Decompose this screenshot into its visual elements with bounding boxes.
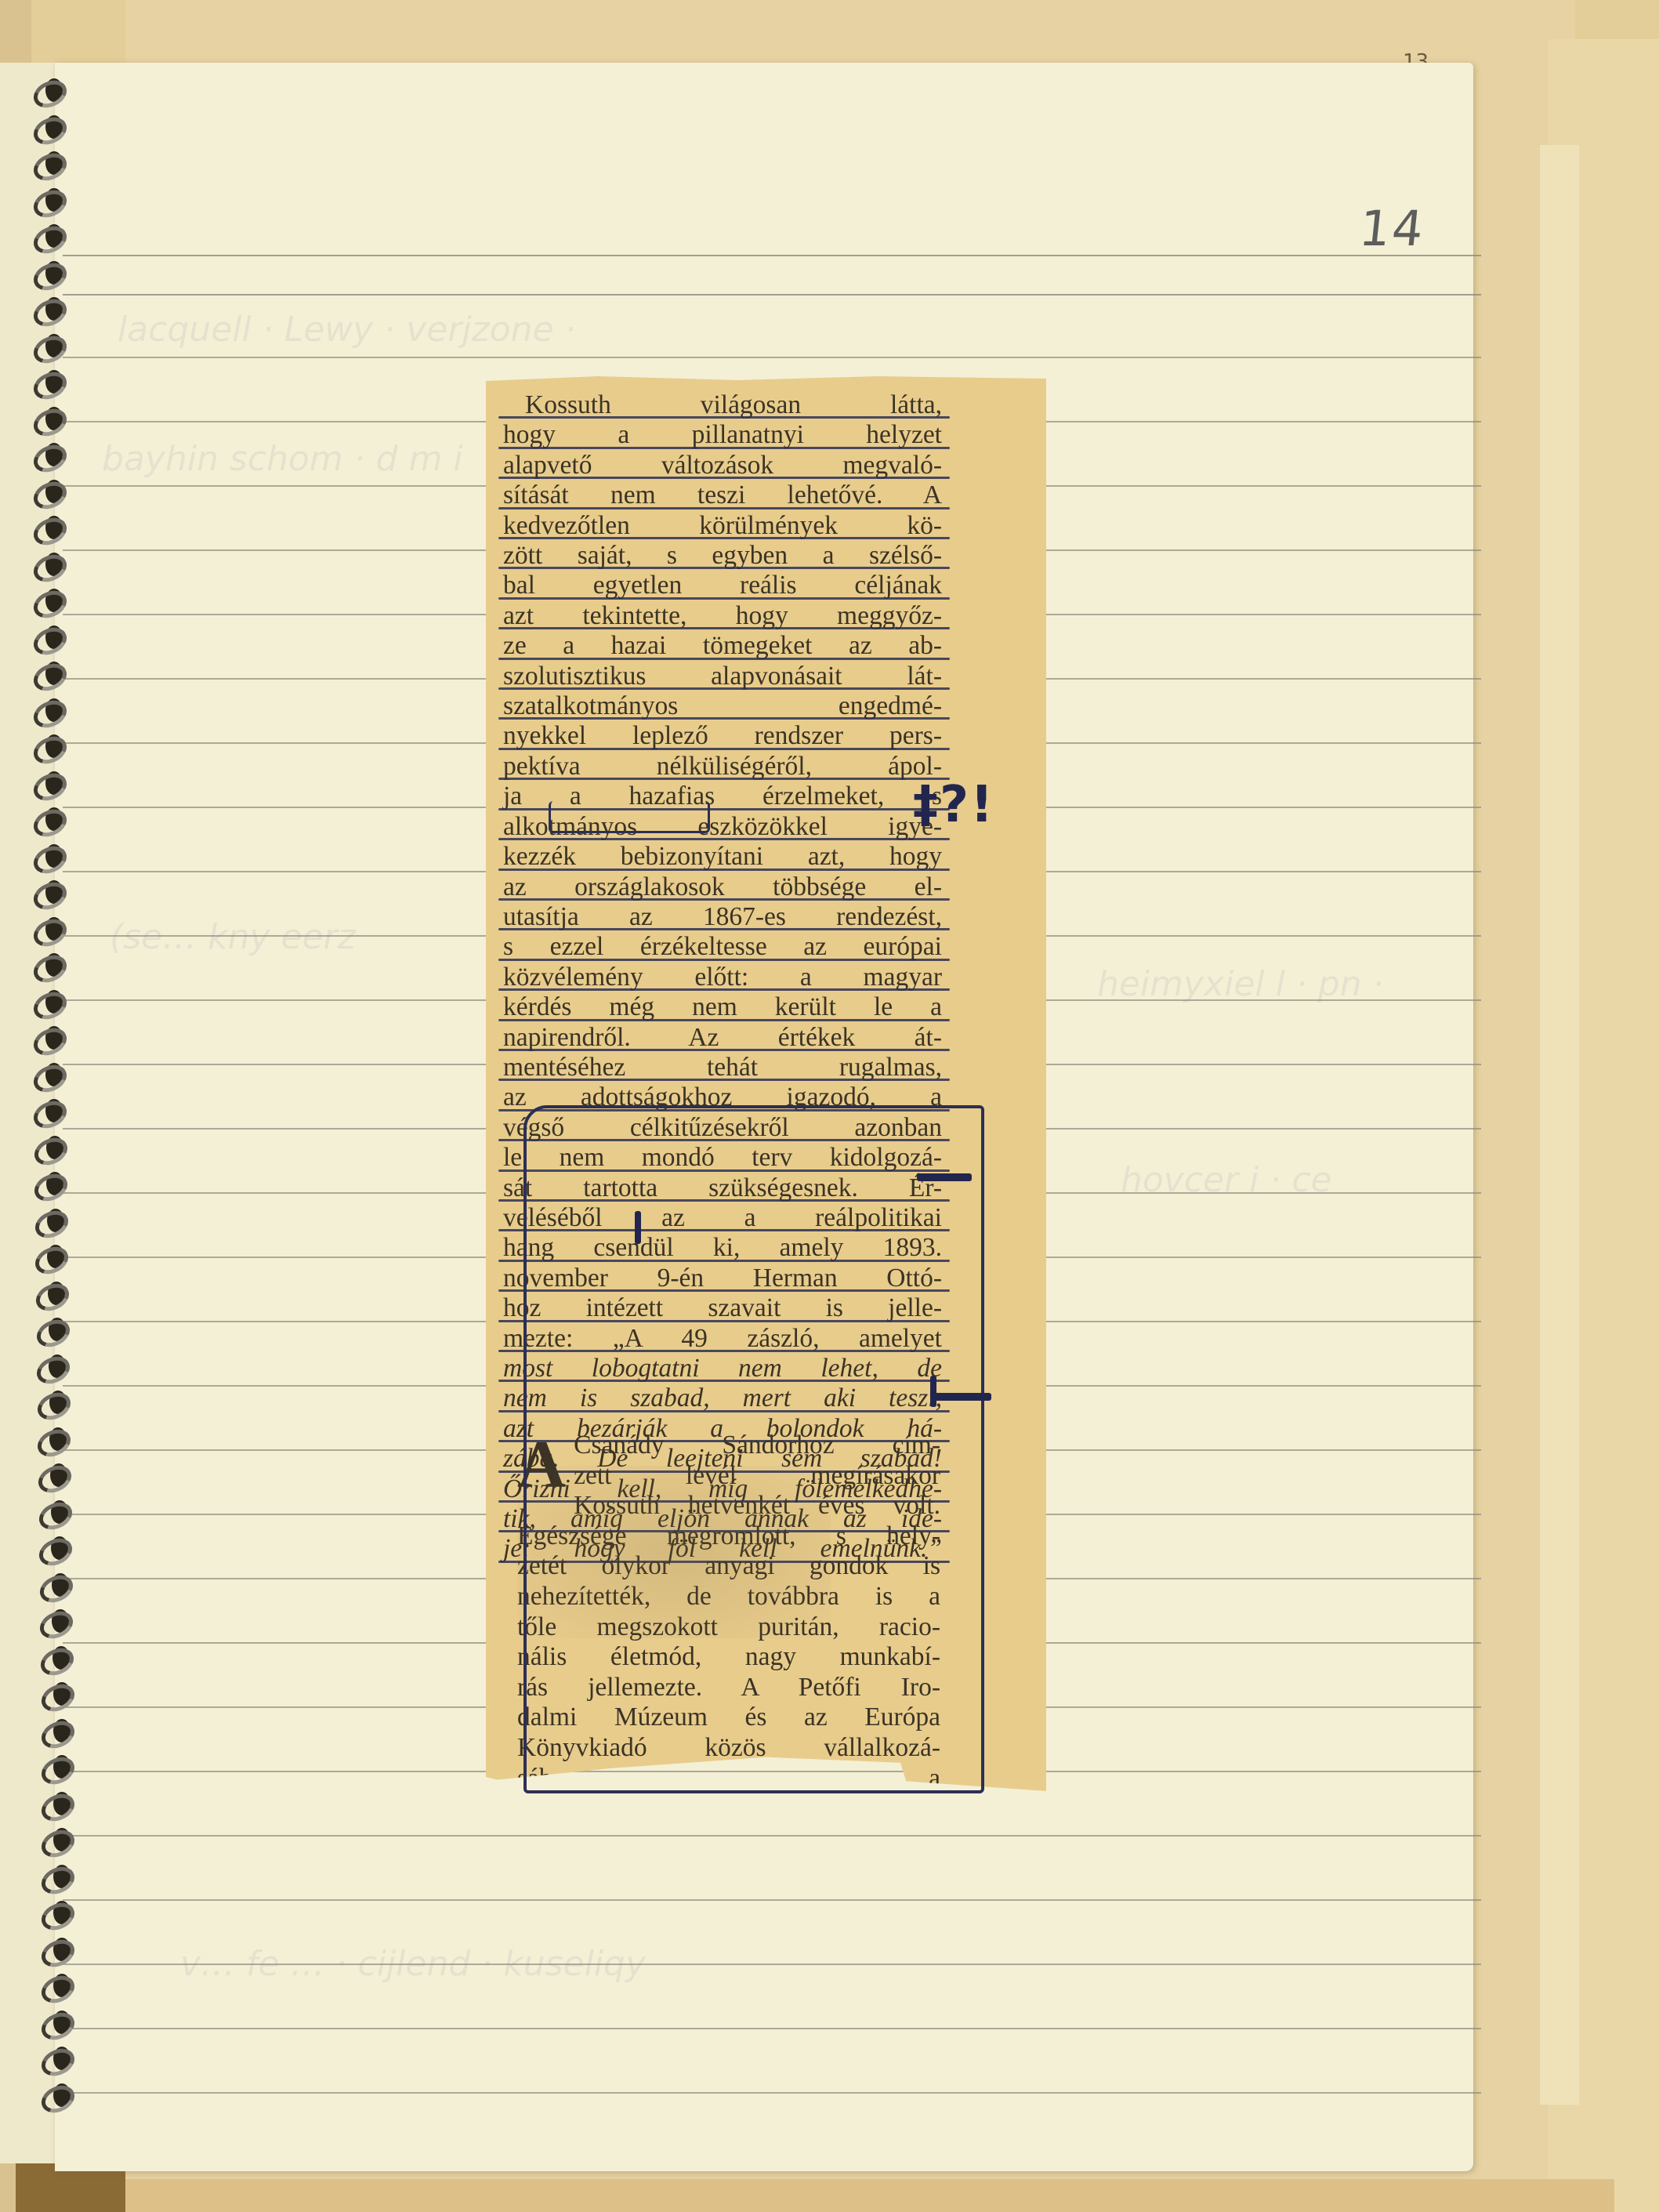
spiral-ring (31, 807, 66, 834)
spiral-ring (36, 1463, 71, 1490)
show-through-handwriting: heimyxiel l · pn · (1097, 964, 1384, 1004)
wire-coil (29, 75, 71, 113)
wire-coil (31, 1242, 73, 1279)
ink-underline (498, 507, 950, 509)
ink-quote-start-mark (635, 1211, 641, 1244)
spiral-ring (38, 1609, 72, 1636)
show-through-handwriting: lacquell · Lewy · verjzone · (118, 310, 576, 350)
ink-bracket-orszaglakosok (549, 801, 710, 833)
spiral-ring (34, 1354, 69, 1381)
clipping-text-line: ze a hazai tömegeket az ab- (503, 631, 942, 661)
wire-coil (29, 731, 71, 769)
ink-box-around-section (523, 1105, 984, 1793)
spiral-ring (39, 2047, 74, 2073)
clipping-text-line: bal egyetlen reális céljának (503, 571, 942, 600)
ink-quote-end-mark (930, 1376, 936, 1407)
wire-coil (29, 404, 71, 441)
show-through-handwriting: bayhin schom · d m i (102, 439, 463, 479)
spiral-ring (39, 1865, 74, 1891)
wire-coil (34, 1460, 75, 1498)
wire-coil (29, 1023, 71, 1061)
wire-coil (37, 1679, 78, 1717)
wire-coil (36, 1606, 78, 1644)
ruled-line (63, 1899, 1481, 1901)
ink-underline (498, 537, 950, 539)
wire-coil (29, 331, 71, 368)
clipping-text-line: szatalkotmányos engedmé- (503, 691, 942, 721)
ink-underline (498, 416, 950, 419)
ruled-line (63, 2092, 1481, 2094)
wire-coil (29, 950, 71, 988)
ink-underline (498, 597, 950, 600)
wire-coil (29, 987, 71, 1024)
spiral-ring (31, 953, 66, 980)
spiral-ring (31, 553, 66, 579)
spiral-ring (35, 1391, 70, 1417)
wire-coil (31, 1206, 72, 1243)
background-paper-bottom (125, 2179, 1614, 2212)
spiral-ring (31, 734, 66, 761)
clipping-text-line: zött saját, s egyben a szélső- (503, 541, 942, 571)
spiral-ring (31, 334, 66, 361)
spiral-ring (31, 698, 66, 725)
wire-coil (29, 258, 71, 296)
wire-coil (29, 367, 71, 404)
wire-coil (37, 1825, 78, 1862)
wire-coil (34, 1533, 76, 1571)
spiral-ring (37, 1536, 71, 1563)
wire-coil (33, 1387, 74, 1425)
wire-coil (34, 1424, 75, 1462)
spiral-ring (31, 1063, 66, 1090)
ink-underline (498, 868, 950, 871)
clipping-text-line: Kossuth világosan látta, (503, 390, 942, 420)
spiral-ring (31, 1026, 66, 1053)
spiral-ring (31, 78, 66, 105)
spiral-ring (31, 480, 66, 506)
spiral-ring (31, 151, 66, 178)
spiral-ring (39, 1974, 74, 2000)
spiral-ring (31, 917, 66, 944)
spiral-ring (31, 662, 66, 688)
wire-coil (36, 1643, 78, 1681)
clipping-text-line: azt tekintette, hogy meggyőz- (503, 601, 942, 631)
wire-coil (29, 440, 71, 477)
ruled-line (63, 255, 1481, 256)
spiral-ring (31, 589, 66, 615)
wire-coil (29, 768, 71, 806)
clipping-text-line: szolutisztikus alapvonásait lát- (503, 662, 942, 691)
wire-coil (29, 841, 71, 879)
ink-underline (498, 838, 950, 840)
ink-underline (498, 1079, 950, 1081)
wire-coil (29, 513, 71, 550)
spiral-ring (31, 115, 66, 142)
spiral-ring (33, 1209, 67, 1235)
spiral-ring (33, 1245, 67, 1271)
spiral-ring (31, 626, 66, 652)
page-number: 14 (1357, 200, 1428, 257)
show-through-handwriting: hovcer i · ce (1121, 1160, 1332, 1200)
margin-annotation: ‡?! (913, 776, 994, 834)
wire-coil (29, 622, 71, 660)
ink-tick-mark (933, 1393, 991, 1401)
spiral-ring (39, 2011, 74, 2037)
wire-coil (34, 1497, 76, 1535)
spiral-ring (31, 261, 66, 288)
spiral-ring (32, 1136, 67, 1162)
background-paper-strip (1540, 145, 1579, 2105)
show-through-handwriting: v… fe … · cijlend · kuseliqy (180, 1944, 646, 1984)
clipping-text-line: alapvető változások megvaló- (503, 451, 942, 480)
wire-coil (29, 477, 71, 514)
wire-coil (29, 658, 71, 696)
clipping-text-line: az országlakosok többsége el- (503, 872, 942, 902)
wire-coil (30, 1133, 71, 1170)
spiral-ring (39, 2083, 74, 2110)
wire-coil (37, 1752, 78, 1790)
wire-coil (37, 1862, 78, 1899)
wire-coil (30, 1169, 71, 1206)
spiral-ring (39, 1755, 74, 1782)
ink-underline (498, 928, 950, 930)
wire-coil (29, 1096, 71, 1133)
spiral-ring (31, 990, 66, 1017)
wire-coil (37, 1898, 78, 1935)
clipping-text-line: napirendről. Az értékek át- (503, 1023, 942, 1053)
clipping-text-line: pektíva nélküliségéről, ápol- (503, 752, 942, 781)
wire-coil (37, 1789, 78, 1826)
spiral-binding (31, 78, 78, 2101)
ink-underline (498, 687, 950, 690)
spiral-ring (34, 1318, 69, 1344)
spiral-ring (31, 516, 66, 542)
wire-coil (31, 1278, 73, 1316)
spiral-ring (39, 1719, 74, 1746)
wire-coil (37, 1971, 78, 2008)
wire-coil (37, 1935, 78, 1972)
wire-coil (37, 1716, 78, 1753)
ink-underline (498, 1019, 950, 1021)
ink-tick-mark (917, 1173, 972, 1181)
wire-coil (29, 549, 71, 587)
clipping-text-line: kérdés még nem került le a (503, 992, 942, 1022)
ink-underline (498, 567, 950, 569)
spiral-ring (39, 1682, 74, 1709)
spiral-ring (31, 188, 66, 215)
spiral-ring (38, 1573, 72, 1600)
spiral-ring (31, 443, 66, 470)
wire-coil (29, 148, 71, 186)
wire-coil (29, 586, 71, 623)
clipping-text-line: nyekkel leplező rendszer pers- (503, 721, 942, 751)
clipping-text-line: közvélemény előtt: a magyar (503, 963, 942, 992)
ink-underline (498, 477, 950, 479)
wire-coil (37, 2043, 78, 2081)
wire-coil (29, 185, 71, 223)
spiral-ring (37, 1500, 71, 1527)
wire-coil (29, 221, 71, 259)
ink-underline (498, 658, 950, 660)
ruled-line (63, 357, 1481, 358)
spiral-ring (31, 297, 66, 324)
spiral-ring (35, 1427, 70, 1454)
wire-coil (37, 2007, 78, 2045)
ruled-line (63, 2028, 1481, 2029)
wire-coil (32, 1351, 74, 1389)
ink-underline (498, 748, 950, 750)
spiral-ring (31, 771, 66, 798)
show-through-handwriting: (se… kny eerz (110, 917, 356, 957)
spiral-ring (31, 370, 66, 397)
clipping-text-line: sítását nem teszi lehetővé. A (503, 480, 942, 510)
wire-coil (29, 914, 71, 952)
clipping-text-line: utasítja az 1867-es rendezést, (503, 902, 942, 932)
ink-underline (498, 447, 950, 449)
clipping-text-line: kezzék bebizonyítani azt, hogy (503, 842, 942, 872)
wire-coil (29, 1060, 71, 1097)
ink-underline (498, 717, 950, 720)
ink-underline (498, 1049, 950, 1051)
spiral-ring (31, 844, 66, 871)
spiral-ring (34, 1282, 68, 1308)
spiral-ring (31, 1099, 66, 1126)
spiral-ring (31, 224, 66, 251)
clipping-text-line: s ezzel érzékeltesse az európai (503, 932, 942, 962)
wire-coil (35, 1570, 77, 1608)
ruled-line (63, 294, 1481, 296)
spiral-ring (32, 1172, 67, 1198)
spiral-ring (39, 1938, 74, 1964)
ink-underline (498, 959, 950, 961)
spiral-ring (39, 1828, 74, 1855)
clipping-text-line: hogy a pillanatnyi helyzet (503, 420, 942, 450)
ink-underline (498, 778, 950, 780)
ruled-line (63, 1835, 1481, 1837)
wire-coil (29, 804, 71, 842)
wire-coil (32, 1315, 74, 1352)
wire-coil (29, 877, 71, 915)
wire-coil (29, 112, 71, 150)
wire-coil (29, 294, 71, 332)
spiral-ring (31, 880, 66, 907)
spiral-ring (39, 1792, 74, 1819)
spiral-ring (38, 1646, 73, 1673)
spiral-ring (39, 1901, 74, 1927)
wire-coil (29, 695, 71, 733)
clipping-text-line: kedvezőtlen körülmények kö- (503, 511, 942, 541)
spiral-ring (31, 407, 66, 433)
clipping-text-line: mentéséhez tehát rugalmas, (503, 1053, 942, 1082)
ink-underline (498, 627, 950, 629)
ink-underline (498, 988, 950, 991)
ink-underline (498, 898, 950, 901)
